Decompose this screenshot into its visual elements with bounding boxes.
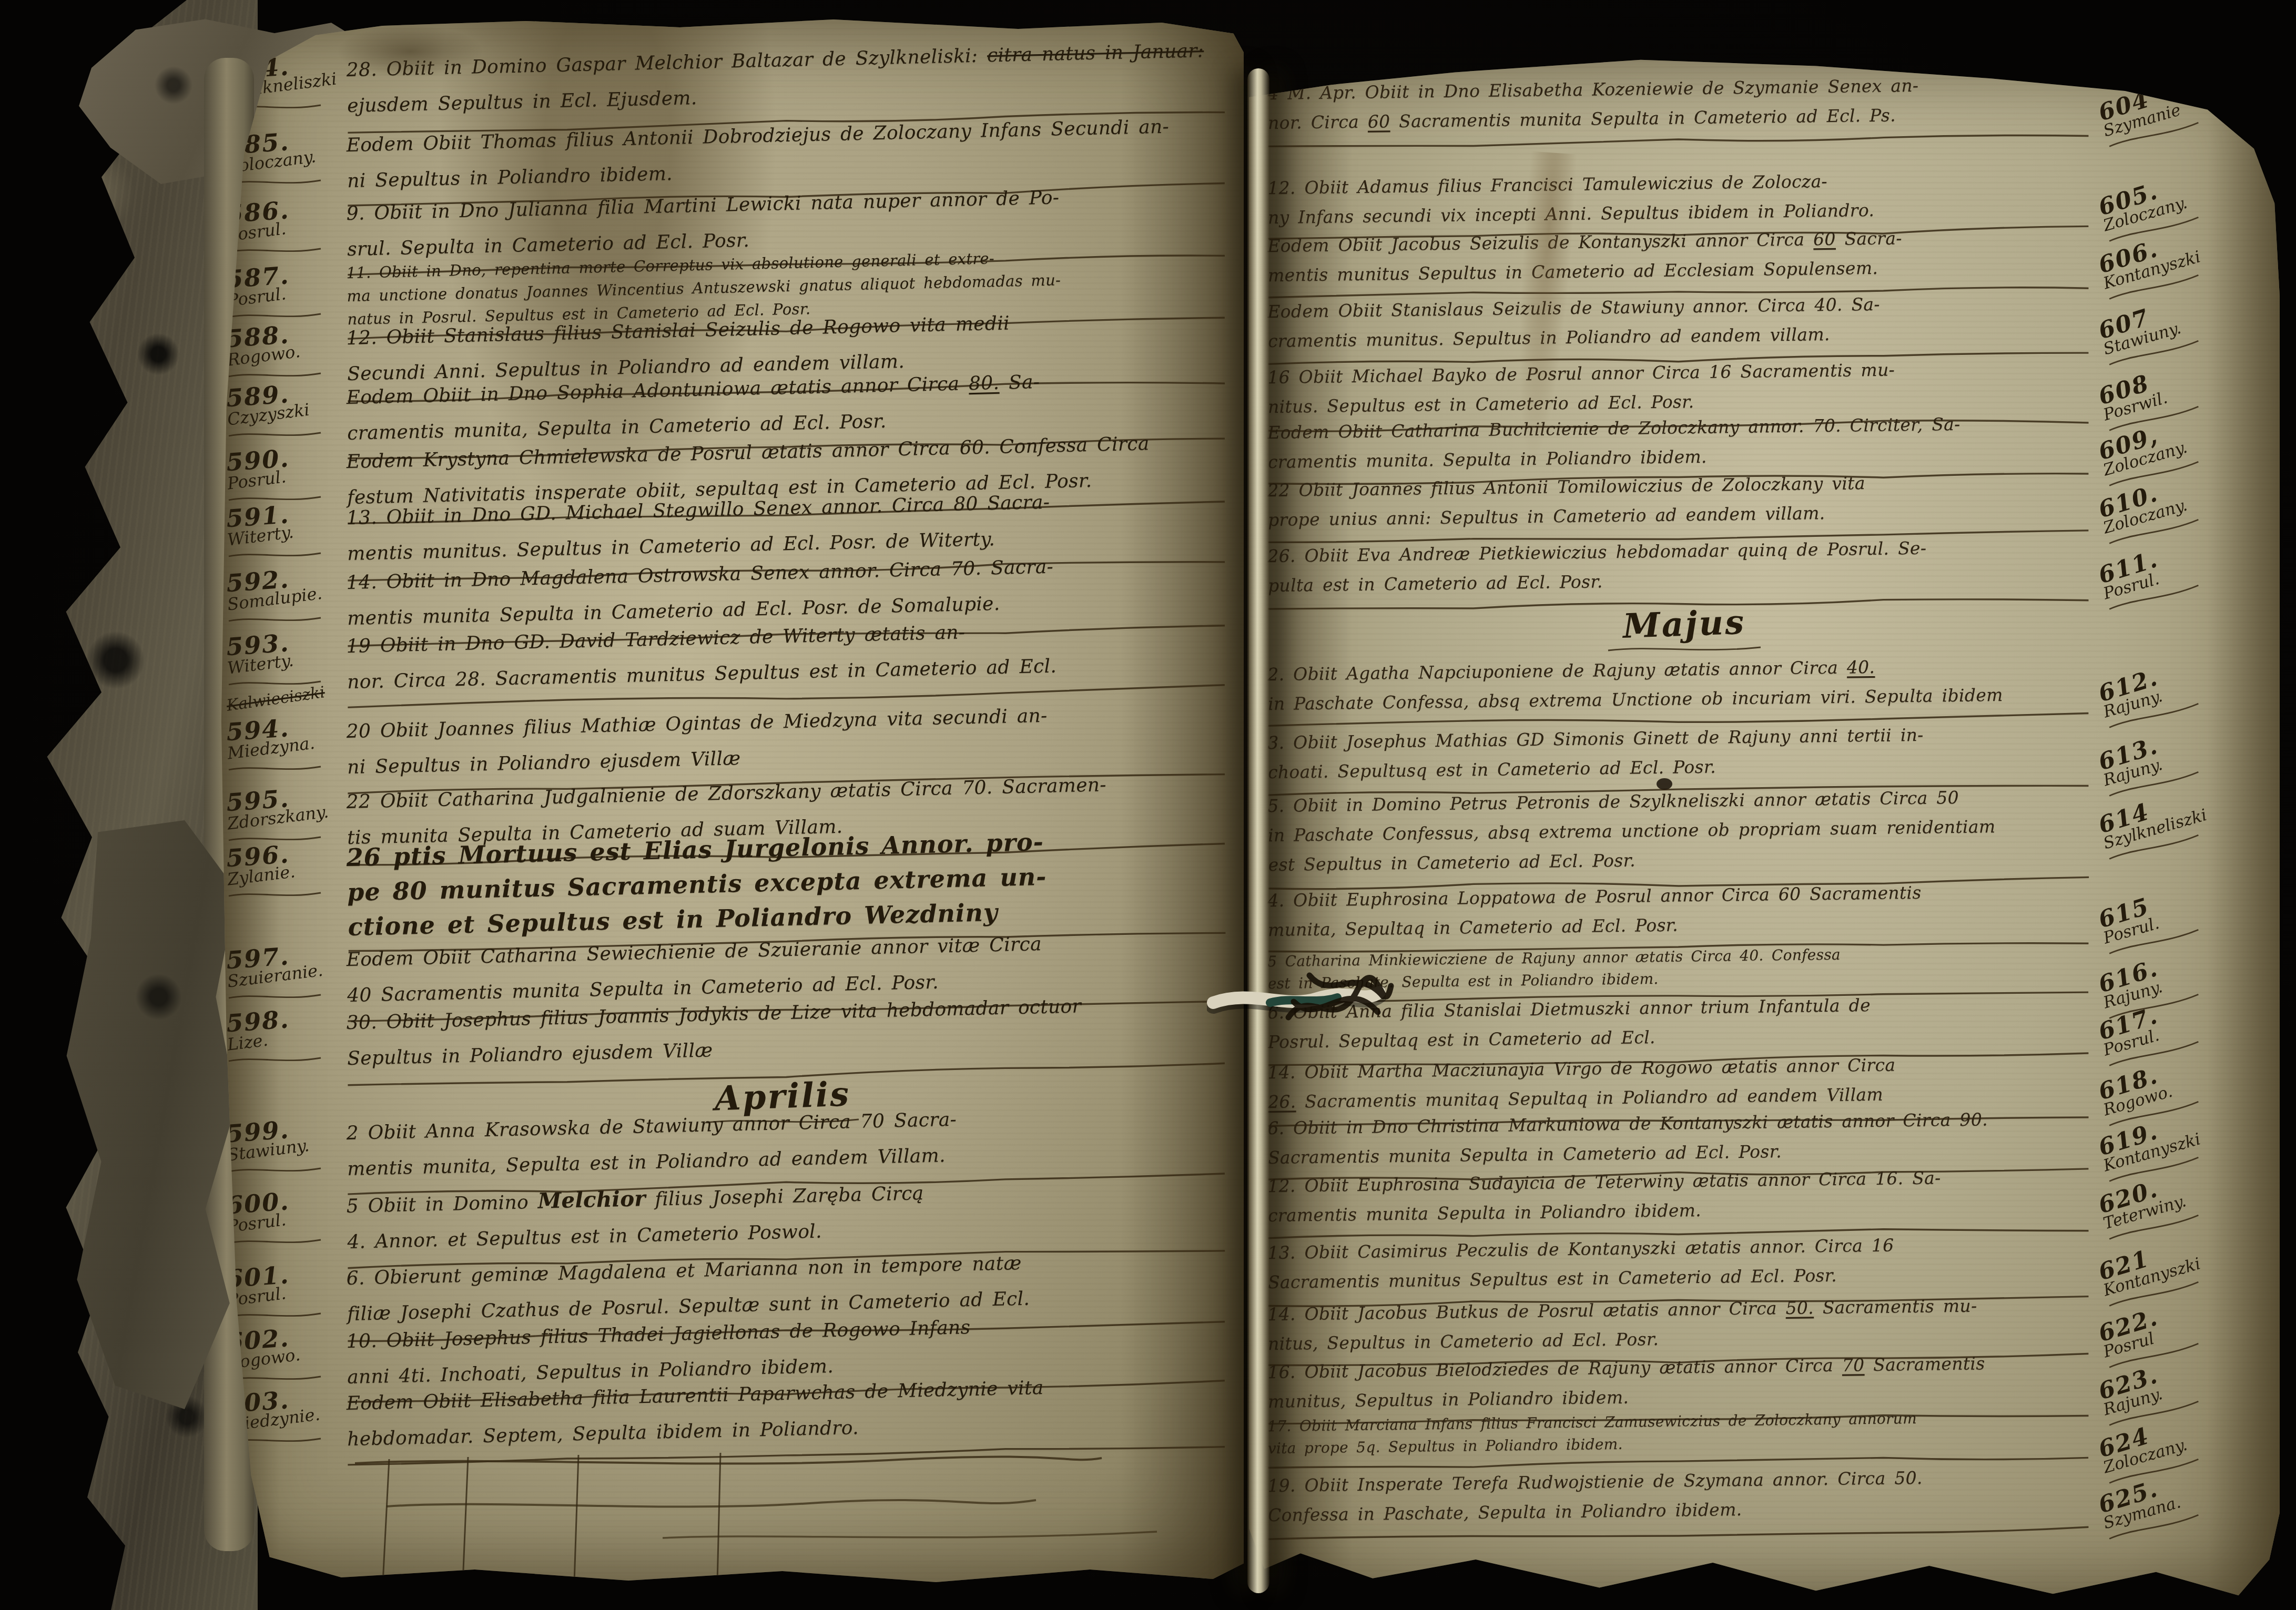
left-page: 584.Szylkneliszki28. Obiit in Domino Gas…	[218, 13, 1244, 1585]
underline-flourish	[226, 1237, 323, 1247]
underline-flourish	[226, 1055, 323, 1065]
month-header-label: Majus	[1622, 603, 1746, 646]
underline-flourish	[226, 430, 323, 440]
text-segment: Sacra-	[1836, 228, 1902, 249]
underline-flourish	[226, 615, 323, 625]
right-page: 18. 604Szymanie4 M. Apr. Obiit in Dno El…	[1249, 47, 2280, 1606]
underline-flourish	[226, 763, 323, 774]
underline-flourish	[226, 1310, 323, 1321]
underlined-text: 26.	[1268, 1091, 1296, 1112]
text-segment: Sacramentis	[1864, 1353, 1985, 1375]
entry-margin: 598.Lize.	[226, 1005, 341, 1065]
entry-body: 19. Obiit Insperate Terefa Rudwojstienie…	[1267, 1461, 2097, 1545]
text-segment: Melchior	[537, 1186, 646, 1214]
text-segment: 5 Obiit in Domino	[346, 1191, 538, 1217]
entry-margin: 587.Posrul.	[226, 261, 341, 321]
entry-margin: 589.Czyzyszki	[226, 380, 341, 440]
entry-body: 26. Obiit Eva Andreæ Pietkiewiczius hebd…	[1267, 532, 2097, 615]
entry-margin: 591.Witerty.	[226, 501, 341, 561]
text-segment: Eodem Obiit Jacobus Seizulis de Kontanys…	[1267, 229, 1813, 256]
underline-flourish	[226, 890, 323, 900]
month-header: Majus	[1270, 605, 2098, 655]
entry-margin: 588.Rogowo.	[226, 321, 341, 381]
entry-margin: 594.Miedzyna.	[226, 714, 341, 774]
underlined-text: 40.	[1847, 657, 1875, 678]
text-segment: filius Josephi Zaręba Circą	[645, 1183, 924, 1210]
underlined-text: 50.	[1785, 1297, 1814, 1318]
entry-margin: 601.Posrul.	[226, 1261, 341, 1321]
entry-margin: 592.Somalupie.	[226, 565, 341, 625]
underlined-text: 60	[1813, 229, 1836, 250]
entry-margin: 600.Posrul.	[226, 1187, 341, 1247]
entry-margin: 590.Posrul.	[226, 444, 341, 504]
page-number: 18.	[1982, 50, 2020, 80]
underline-flourish	[226, 992, 323, 1002]
text-segment: 16. Obiit Jacobus Bielodziedes de Rajuny…	[1267, 1355, 1842, 1382]
entry-body: 4 M. Apr. Obiit in Dno Elisabetha Kozeni…	[1267, 69, 2097, 152]
underlined-text: 60	[1368, 111, 1390, 132]
text-segment: 14. Obiit Jacobus Butkus de Posrul ætati…	[1267, 1298, 1786, 1324]
text-segment: Sacramentis mu-	[1814, 1296, 1977, 1318]
entry-margin: 599.Stawiuny.	[226, 1116, 341, 1176]
entry-margin: 593.Witerty.Kalwieciszki	[226, 629, 341, 707]
text-segment: nor. Circa	[1268, 111, 1368, 133]
underlined-text: 70	[1842, 1354, 1865, 1375]
ink-scribble	[1278, 954, 1399, 1049]
text-segment: 28. Obiit in Domino Gaspar Melchior Balt…	[346, 45, 987, 81]
struck-text: citra natus in Januar:	[987, 40, 1204, 66]
entry-margin: 596.Zylanie.	[226, 840, 341, 900]
text-segment: Sa-	[999, 371, 1040, 394]
underlined-text: 80.	[969, 372, 1000, 394]
binding-crease	[1247, 68, 1269, 1593]
entry-margin: 602.Rogowo.	[226, 1324, 341, 1384]
entry-margin: 597.Szuieranie.	[226, 942, 341, 1002]
entry-margin: 595.Zdorszkany.	[226, 784, 341, 844]
text-segment: Sacramentis munita Sepulta in Cameterio …	[1390, 105, 1896, 131]
underline-flourish	[226, 246, 323, 256]
text-segment: 2. Obiit Agatha Napciuponiene de Rajuny …	[1267, 657, 1847, 685]
blank-ruled-grid	[337, 1433, 1225, 1585]
underline-flourish	[226, 550, 323, 561]
scanned-register-spread: 584.Szylkneliszki28. Obiit in Domino Gas…	[0, 0, 2296, 1610]
underline-flourish	[226, 1165, 323, 1176]
text-segment: Eodem Obiit in Dno Sophia Adontuniowa æt…	[346, 373, 969, 409]
entry-margin: 586.Posrul.	[226, 196, 341, 256]
entry-margin: 604Szymanie	[2095, 60, 2262, 151]
